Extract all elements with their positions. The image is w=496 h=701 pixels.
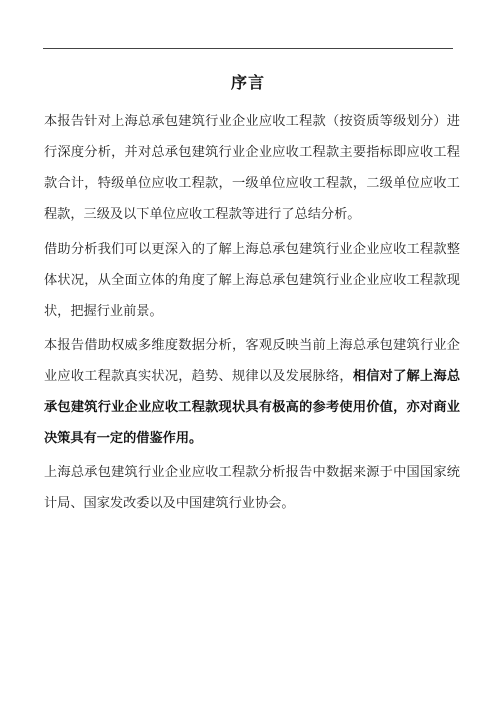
header-divider (43, 48, 453, 49)
paragraph-purpose: 借助分析我们可以更深入的了解上海总承包建筑行业企业应收工程款整体状况，从全面立体… (44, 234, 460, 327)
page-title: 序言 (0, 70, 496, 93)
paragraph-value: 本报告借助权威多维度数据分析，客观反映当前上海总承包建筑行业企业应收工程款真实状… (44, 330, 460, 454)
paragraph-scope: 本报告针对上海总承包建筑行业企业应收工程款（按资质等级划分）进行深度分析，并对总… (44, 106, 460, 230)
paragraph-data-source: 上海总承包建筑行业企业应收工程款分析报告中数据来源于中国国家统计局、国家发改委以… (44, 457, 460, 519)
document-body: 本报告针对上海总承包建筑行业企业应收工程款（按资质等级划分）进行深度分析，并对总… (44, 106, 460, 524)
